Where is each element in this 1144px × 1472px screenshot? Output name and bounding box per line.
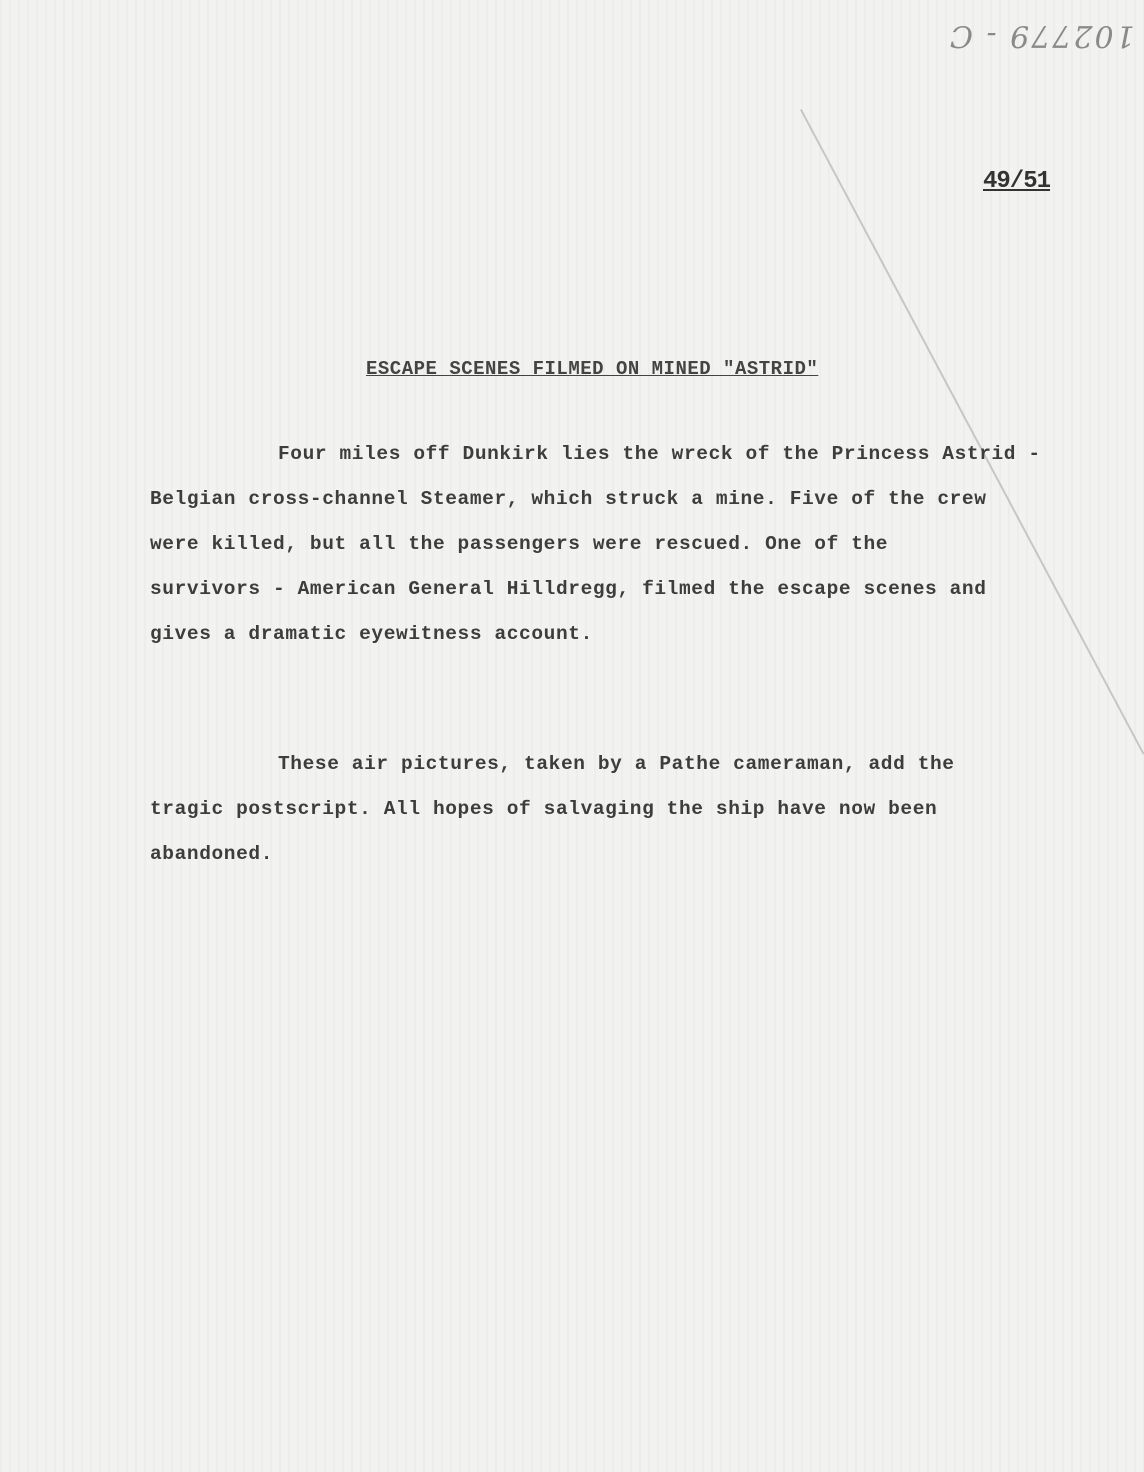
page-number: 49/51	[983, 168, 1050, 195]
text-line: Belgian cross-channel Steamer, which str…	[150, 477, 1050, 522]
handwritten-reference: 102779 - C	[948, 18, 1135, 53]
text-line: survivors - American General Hilldregg, …	[150, 567, 1050, 612]
paragraph-2: These air pictures, taken by a Pathe cam…	[150, 742, 1050, 877]
text-line: Four miles off Dunkirk lies the wreck of…	[150, 432, 1050, 477]
text-line: tragic postscript. All hopes of salvagin…	[150, 787, 1050, 832]
document-title: ESCAPE SCENES FILMED ON MINED "ASTRID"	[366, 358, 818, 380]
paragraph-1: Four miles off Dunkirk lies the wreck of…	[150, 432, 1050, 657]
text-line: These air pictures, taken by a Pathe cam…	[150, 742, 1050, 787]
text-line: gives a dramatic eyewitness account.	[150, 612, 1050, 657]
text-line: abandoned.	[150, 832, 1050, 877]
text-line: were killed, but all the passengers were…	[150, 522, 1050, 567]
